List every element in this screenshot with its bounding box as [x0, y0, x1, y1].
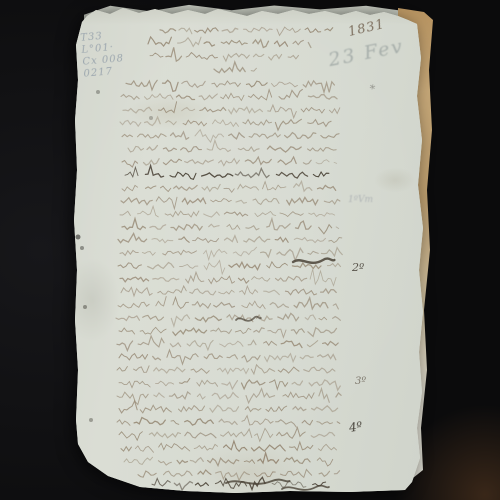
- date-annotation: 23 Fev: [327, 35, 406, 71]
- archival-line-4: 0217: [83, 65, 125, 81]
- year-annotation: 1831: [347, 17, 387, 40]
- margin-mark-1: 1ºVm: [348, 195, 373, 205]
- archival-reference-pencil: T33 L°01· Cx 008 0217: [80, 29, 126, 80]
- margin-mark-2: 2º: [352, 261, 364, 274]
- asterisk-mark: ⁎: [369, 79, 377, 93]
- margin-mark-3: 3º: [355, 376, 366, 387]
- paper-sheet: T33 L°01· Cx 008 0217 1831 23 Fev ⁎ 1ºVm…: [0, 0, 500, 500]
- margin-mark-4: 4º: [348, 419, 363, 435]
- manuscript-page: T33 L°01· Cx 008 0217 1831 23 Fev ⁎ 1ºVm…: [0, 0, 500, 500]
- paper-specks: [0, 0, 2, 2]
- handwriting-svg: [0, 0, 500, 500]
- scanned-page-photo: T33 L°01· Cx 008 0217 1831 23 Fev ⁎ 1ºVm…: [0, 0, 500, 500]
